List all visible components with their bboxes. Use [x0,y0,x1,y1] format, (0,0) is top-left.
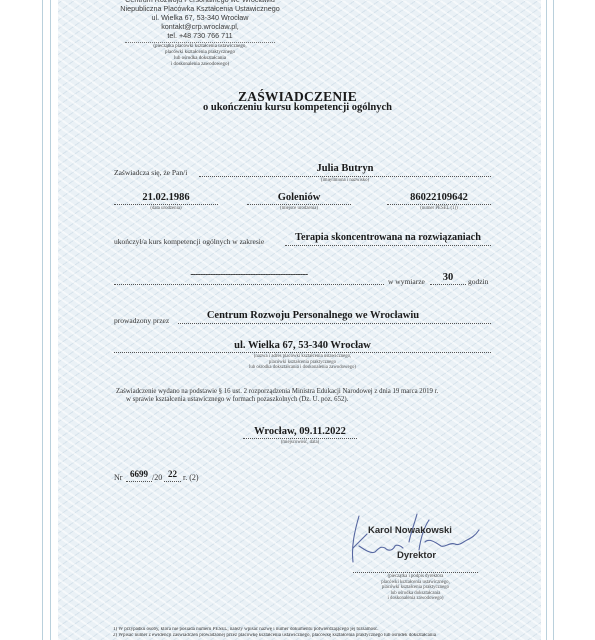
birth-date-caption: (data urodzenia) [114,206,218,212]
signatory-name: Karol Nowakowski [368,525,452,536]
dotted-line [247,204,351,205]
course-label: ukończył/a kurs kompetencji ogólnych w z… [114,237,264,246]
provider-name: Centrum Rozwoju Personalnego we Wrocławi… [178,310,448,321]
dotted-line [387,204,491,205]
stamp-caption: i doskonalenia zawodowego) [100,62,300,68]
caption-line: i doskonalenia zawodowego) [353,596,478,602]
provider-address: ul. Wielka 67, 53-340 Wrocław [114,340,491,351]
cert-number: 6699 [126,469,152,479]
caption-line: lub ośrodka dokształcania i doskonalenia… [114,365,491,371]
birth-place: Goleniów [247,192,351,203]
course-topic-continued: ----------------------------------------… [114,269,384,279]
pesel: 86022109642 [387,192,491,203]
provider-label: prowadzony przez [114,316,169,325]
dotted-line [164,481,181,482]
cert-number-suffix: r. (2) [183,473,199,482]
divider [125,42,275,43]
hours-label: w wymiarze [388,277,425,286]
handwritten-signature [345,512,490,570]
hours-unit: godzin [468,277,488,286]
course-topic: Terapia skoncentrowana na rozwiązaniach [285,232,491,243]
legal-basis-line2: w sprawie kształcenia ustawicznego w for… [126,396,496,405]
person-name: Julia Butryn [199,163,491,174]
signatory-role: Dyrektor [397,550,436,561]
dotted-line [126,481,152,482]
birth-date: 21.02.1986 [114,192,218,203]
dotted-line [243,438,357,439]
dotted-line [114,352,491,353]
hours-value: 30 [430,272,466,283]
institution-stamp: Centrum Rozwoju Personalnego we Wrocławi… [100,0,300,68]
intro-label: Zaświadcza się, że Pan/i [114,168,187,177]
dotted-line [114,284,384,285]
provider-caption: (nazwa i adres placówki kształcenia usta… [114,354,491,371]
dotted-line [199,176,491,177]
cert-number-prefix: Nr [114,473,122,482]
document-subtitle: o ukończeniu kursu kompetencji ogólnych [0,102,595,113]
dotted-line [114,204,218,205]
stamp-line: tel. +48 730 766 711 [100,31,300,40]
stamp-line: Niepubliczna Placówka Kształcenia Ustawi… [100,4,300,13]
stamp-line: ul. Wielka 67, 53-340 Wrocław [100,13,300,22]
birth-place-caption: (miejsce urodzenia) [247,206,351,212]
issue-place-date: Wrocław, 09.11.2022 [243,426,357,437]
pesel-caption: (numer PESEL (1)) [387,206,491,212]
signature-caption: (pieczątka i podpis dyrektora placówki k… [353,574,478,602]
issue-caption: (miejscowość, data) [243,440,357,446]
dotted-line [353,572,478,573]
dotted-line [178,323,491,324]
cert-year: 22 [164,469,181,479]
stamp-line: kontakt@crp.wroclaw.pl, [100,22,300,31]
footnote-2: 2) Wpisać numer z ewidencji zaświadczeń … [113,633,493,639]
dotted-line [430,284,466,285]
cert-number-mid: /20 [152,473,162,482]
dotted-line [285,245,491,246]
name-caption: (imię/imiona i nazwisko) [199,178,491,184]
